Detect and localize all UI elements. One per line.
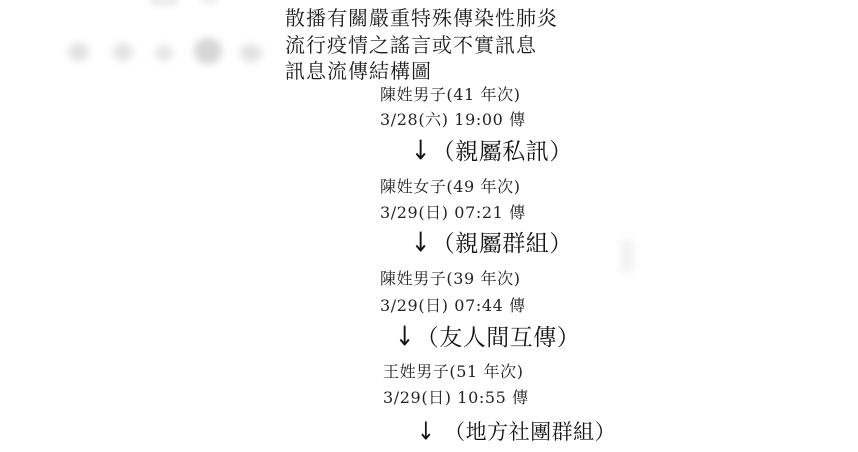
flow-step-4-channel: ↓（地方社團群組） — [417, 417, 616, 447]
down-arrow-icon: ↓ — [395, 320, 415, 355]
title-line-2: 流行疫情之謠言或不實訊息 — [285, 32, 558, 59]
watermark-mark — [200, 0, 218, 4]
watermark-smudge — [621, 240, 633, 272]
flow-step-1-channel-label: （親屬私訊） — [432, 139, 573, 165]
flow-step-4-time: 3/29(日) 10:55 傳 — [383, 388, 529, 408]
title-line-1: 散播有關嚴重特殊傳染性肺炎 — [285, 5, 558, 32]
flow-step-3-channel-label: （友人間互傳） — [416, 325, 581, 351]
flow-step-2-person: 陳姓女子(49 年次) — [380, 177, 521, 197]
flow-step-2-channel-label: （親屬群組） — [432, 231, 573, 257]
flow-step-3-time: 3/29(日) 07:44 傳 — [380, 296, 526, 316]
flow-step-1-time: 3/28(六) 19:00 傳 — [380, 110, 526, 130]
flow-step-2-channel: ↓（親屬群組） — [411, 229, 573, 259]
flow-step-4-person: 王姓男子(51 年次) — [383, 362, 524, 382]
watermark-mark — [150, 0, 178, 6]
down-arrow-icon: ↓ — [411, 226, 431, 261]
watermark-blob — [113, 43, 133, 61]
flow-step-4-channel-label: （地方社團群組） — [444, 420, 616, 444]
diagram-title: 散播有關嚴重特殊傳染性肺炎 流行疫情之謠言或不實訊息 訊息流傳結構圖 — [285, 5, 558, 85]
down-arrow-icon: ↓ — [411, 134, 431, 169]
flow-step-1-channel: ↓（親屬私訊） — [411, 137, 573, 167]
watermark-blob — [155, 45, 173, 61]
down-arrow-icon: ↓ — [417, 414, 435, 449]
title-line-3: 訊息流傳結構圖 — [285, 58, 558, 85]
flow-step-3-person: 陳姓男子(39 年次) — [380, 269, 521, 289]
message-flow-document: 散播有關嚴重特殊傳染性肺炎 流行疫情之謠言或不實訊息 訊息流傳結構圖 陳姓男子(… — [0, 0, 858, 452]
flow-step-2-time: 3/29(日) 07:21 傳 — [380, 203, 526, 223]
watermark-blob — [194, 38, 222, 64]
watermark-blob — [68, 43, 89, 61]
flow-step-1-person: 陳姓男子(41 年次) — [380, 85, 521, 105]
watermark-blob — [240, 44, 262, 62]
flow-step-3-channel: ↓（友人間互傳） — [395, 323, 580, 353]
